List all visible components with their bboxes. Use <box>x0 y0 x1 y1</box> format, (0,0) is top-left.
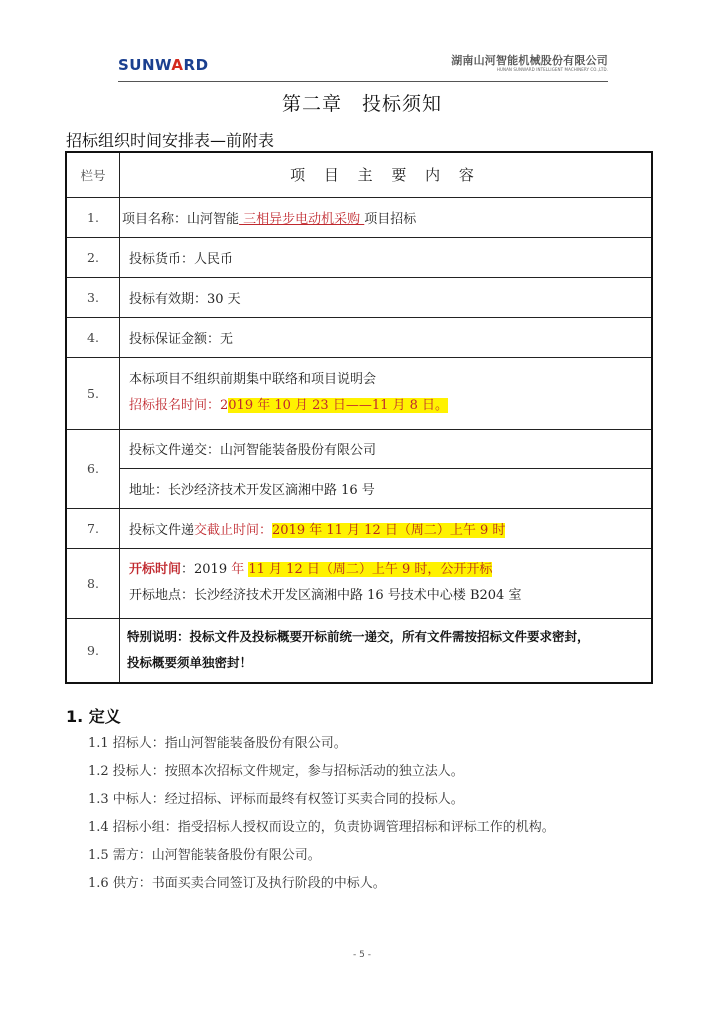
row-num: 5. <box>66 357 120 429</box>
opening-time: 开标时间：2019 年 11 月 12 日（周二）上午 9 时，公开开标 <box>129 557 651 583</box>
table-row: 4. 投标保证金额：无 <box>66 317 652 357</box>
table-row: 地址：长沙经济技术开发区滴湘中路 16 号 <box>66 468 652 508</box>
deadline-label: 交截止时间： <box>194 523 272 538</box>
table-row: 6. 投标文件递交：山河智能装备股份有限公司 <box>66 429 652 468</box>
row-content: 投标货币：人民币 <box>120 237 653 277</box>
row-line: 本标项目不组织前期集中联络和项目说明会 <box>129 367 651 393</box>
row-num: 6. <box>66 429 120 508</box>
row-content: 本标项目不组织前期集中联络和项目说明会 招标报名时间：2019 年 10 月 2… <box>120 357 653 429</box>
special-note-line1: 特别说明：投标文件及投标概要开标前统一递交，所有文件需按招标文件要求密封， <box>127 624 651 650</box>
row-num: 7. <box>66 508 120 548</box>
row-num: 9. <box>66 618 120 683</box>
page-number: - 5 - <box>0 950 724 960</box>
logo-accent: A <box>171 56 183 74</box>
definitions-list: 1.1 招标人：指山河智能装备股份有限公司。 1.2 投标人：按照本次招标文件规… <box>88 734 668 902</box>
opening-location: 开标地点：长沙经济技术开发区滴湘中路 16 号技术中心楼 B204 室 <box>129 583 651 609</box>
row-content: 地址：长沙经济技术开发区滴湘中路 16 号 <box>120 468 653 508</box>
special-note-line2: 投标概要须单独密封！ <box>127 650 651 676</box>
header-num: 栏号 <box>66 152 120 197</box>
table-row: 9. 特别说明：投标文件及投标概要开标前统一递交，所有文件需按招标文件要求密封，… <box>66 618 652 683</box>
project-name-value: 三相异步电动机采购 <box>239 212 364 227</box>
opening-year-char: 年 <box>231 562 248 577</box>
table-row: 5. 本标项目不组织前期集中联络和项目说明会 招标报名时间：2019 年 10 … <box>66 357 652 429</box>
row-content: 开标时间：2019 年 11 月 12 日（周二）上午 9 时，公开开标 开标地… <box>120 548 653 618</box>
row-content: 投标保证金额：无 <box>120 317 653 357</box>
chapter-title: 第二章 投标须知 <box>0 89 724 116</box>
definition-item: 1.3 中标人：经过招标、评标而最终有权签订买卖合同的投标人。 <box>88 790 668 818</box>
row-num: 2. <box>66 237 120 277</box>
definition-item: 1.4 招标小组：指受招标人授权而设立的，负责协调管理招标和评标工作的机构。 <box>88 818 668 846</box>
opening-label: 开标时间 <box>129 562 181 577</box>
opening-value: 11 月 12 日（周二）上午 9 时，公开开标 <box>248 562 492 577</box>
row-num: 3. <box>66 277 120 317</box>
row-content: 投标文件递交：山河智能装备股份有限公司 <box>120 429 653 468</box>
section-title-definitions: 1. 定义 <box>66 704 121 727</box>
row-num: 4. <box>66 317 120 357</box>
project-name-label: 项目名称：山河智能 <box>122 212 239 227</box>
schedule-table: 栏号 项 目 主 要 内 容 1. 项目名称：山河智能 三相异步电动机采购 项目… <box>65 151 653 684</box>
company-name-en: HUNAN SUNWARD INTELLIGENT MACHINERY CO.,… <box>451 67 608 73</box>
row-content: 投标文件递交截止时间：2019 年 11 月 12 日（周二）上午 9 时 <box>120 508 653 548</box>
row-content: 特别说明：投标文件及投标概要开标前统一递交，所有文件需按招标文件要求密封， 投标… <box>120 618 653 683</box>
definition-item: 1.6 供方：书面买卖合同签订及执行阶段的中标人。 <box>88 874 668 902</box>
table-header-row: 栏号 项 目 主 要 内 容 <box>66 152 652 197</box>
company-name: 湖南山河智能机械股份有限公司 HUNAN SUNWARD INTELLIGENT… <box>451 55 608 73</box>
sunward-logo: SUNWARD <box>118 56 209 74</box>
table-row: 3. 投标有效期：30 天 <box>66 277 652 317</box>
definition-item: 1.1 招标人：指山河智能装备股份有限公司。 <box>88 734 668 762</box>
definition-item: 1.2 投标人：按照本次招标文件规定，参与招标活动的独立法人。 <box>88 762 668 790</box>
logo-text-1: SUNW <box>118 56 171 74</box>
deadline-value: 2019 年 11 月 12 日（周二）上午 9 时 <box>272 523 505 538</box>
company-name-cn: 湖南山河智能机械股份有限公司 <box>451 55 608 67</box>
table-row: 8. 开标时间：2019 年 11 月 12 日（周二）上午 9 时，公开开标 … <box>66 548 652 618</box>
row-num: 8. <box>66 548 120 618</box>
page-header: SUNWARD 湖南山河智能机械股份有限公司 HUNAN SUNWARD INT… <box>118 52 608 82</box>
row-num: 1. <box>66 197 120 237</box>
opening-year: ：2019 <box>181 562 231 577</box>
row-content: 项目名称：山河智能 三相异步电动机采购 项目招标 <box>120 197 653 237</box>
deadline-prefix: 投标文件递 <box>129 523 194 538</box>
registration-label: 招标报名时间：2 <box>129 398 228 413</box>
project-name-suffix: 项目招标 <box>364 212 416 227</box>
table-caption: 招标组织时间安排表—前附表 <box>66 128 274 151</box>
definition-item: 1.5 需方：山河智能装备股份有限公司。 <box>88 846 668 874</box>
logo-text-2: RD <box>184 56 209 74</box>
header-divider <box>118 81 608 82</box>
row-content: 投标有效期：30 天 <box>120 277 653 317</box>
registration-dates: 019 年 10 月 23 日——11 月 8 日。 <box>228 398 448 413</box>
table-row: 1. 项目名称：山河智能 三相异步电动机采购 项目招标 <box>66 197 652 237</box>
table-row: 2. 投标货币：人民币 <box>66 237 652 277</box>
registration-time: 招标报名时间：2019 年 10 月 23 日——11 月 8 日。 <box>129 393 651 419</box>
header-content: 项 目 主 要 内 容 <box>120 152 653 197</box>
table-row: 7. 投标文件递交截止时间：2019 年 11 月 12 日（周二）上午 9 时 <box>66 508 652 548</box>
